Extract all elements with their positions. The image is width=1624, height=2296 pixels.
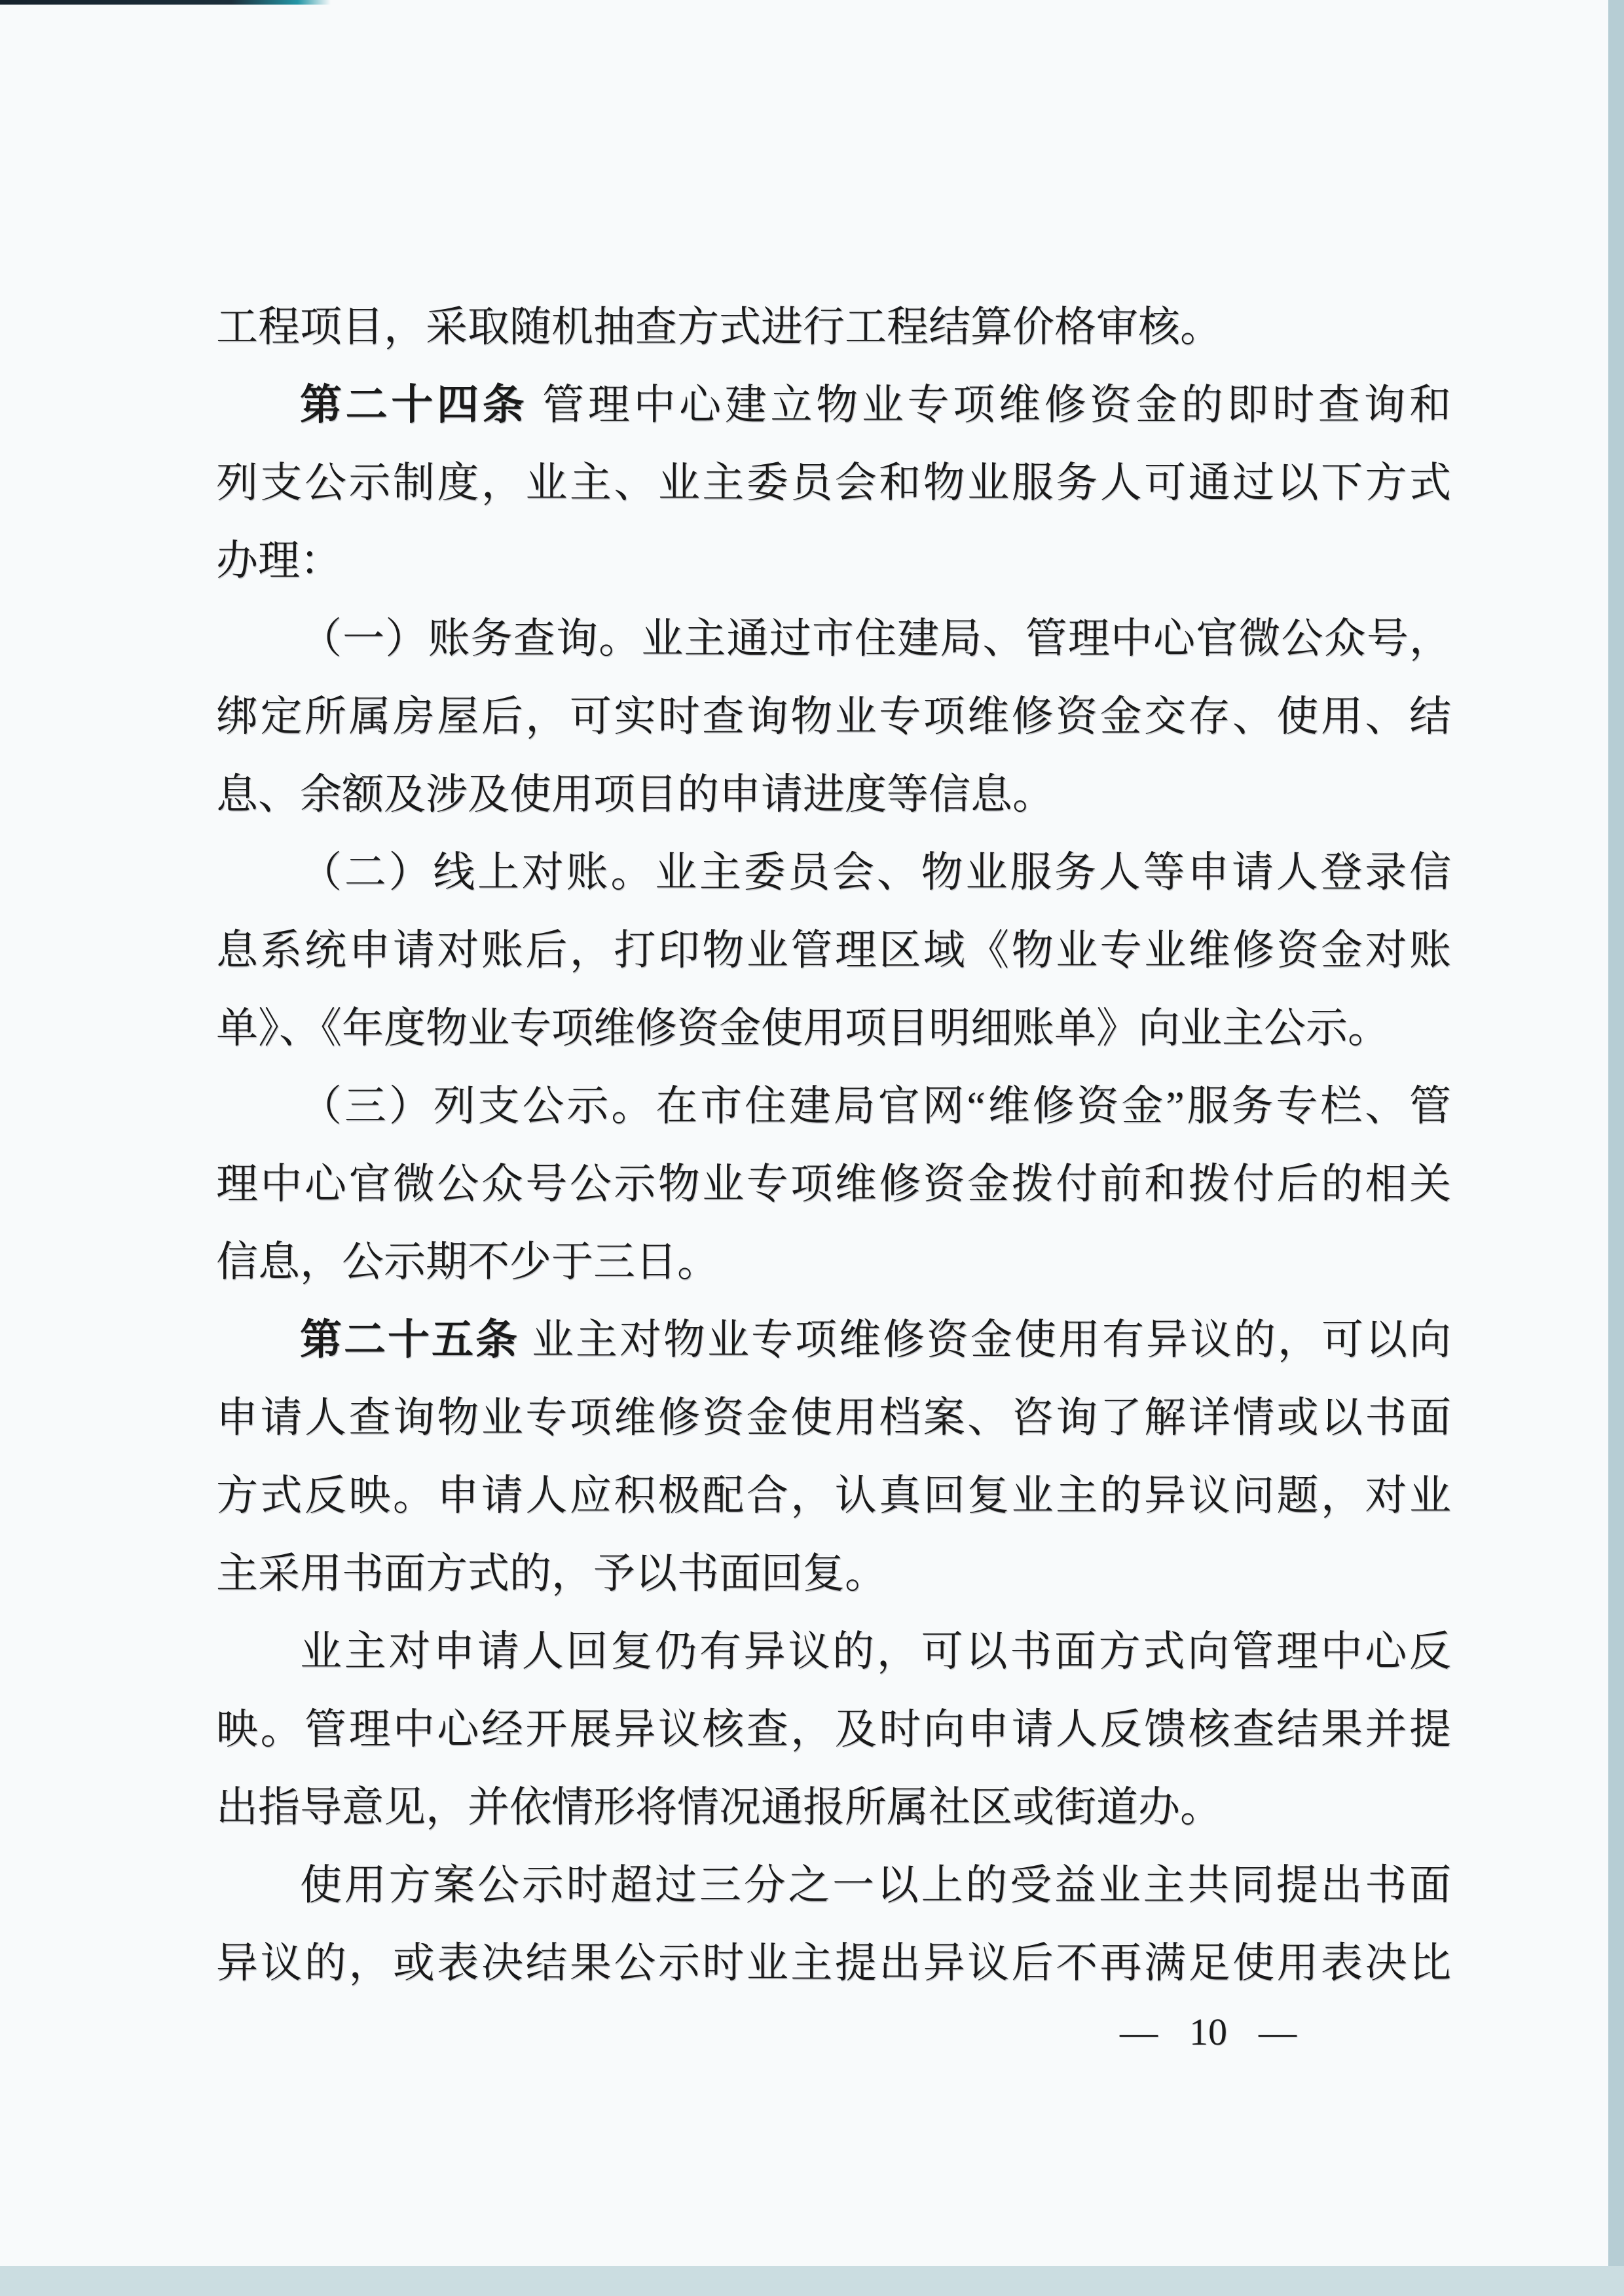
text-segment: 信息，公示期不少于三日。 (216, 1239, 719, 1285)
text-line: （二）线上对账。业主委员会、物业服务人等申请人登录信 (216, 833, 1451, 911)
text-segment: 管理中心建立物业专项维修资金的即时查询和 (528, 382, 1451, 428)
text-segment: 主采用书面方式的，予以书面回复。 (216, 1550, 887, 1597)
text-segment: 方式反映。申请人应积极配合，认真回复业主的异议问题，对业 (216, 1472, 1451, 1519)
text-segment: 工程项目，采取随机抽查方式进行工程结算价格审核。 (216, 304, 1222, 350)
page-number-value: 10 (1189, 2010, 1227, 2054)
text-segment: （一）账务查询。业主通过市住建局、管理中心官微公众号， (300, 615, 1451, 662)
scan-artifact-top-line (0, 0, 331, 5)
text-segment: 理中心官微公众号公示物业专项维修资金拨付前和拨付后的相关 (216, 1161, 1451, 1207)
text-line: 方式反映。申请人应积极配合，认真回复业主的异议问题，对业 (216, 1457, 1451, 1535)
text-line: 列支公示制度，业主、业主委员会和物业服务人可通过以下方式 (216, 444, 1451, 522)
text-segment: 映。管理中心经开展异议核查，及时向申请人反馈核查结果并提 (216, 1706, 1451, 1753)
text-line: 息、余额及涉及使用项目的申请进度等信息。 (216, 756, 1451, 833)
text-line: 映。管理中心经开展异议核查，及时向申请人反馈核查结果并提 (216, 1690, 1451, 1768)
page-number-right-dash: — (1259, 2010, 1297, 2054)
scan-artifact-right-bar (1608, 0, 1624, 2296)
text-segment: 使用方案公示时超过三分之一以上的受益业主共同提出书面 (300, 1862, 1451, 1908)
article-term: 第二十四条 (300, 382, 528, 428)
text-line: （一）账务查询。业主通过市住建局、管理中心官微公众号， (216, 600, 1451, 678)
text-line: 工程项目，采取随机抽查方式进行工程结算价格审核。 (216, 288, 1451, 366)
page-number-left-dash: — (1120, 2010, 1158, 2054)
text-line: 绑定所属房屋后，可实时查询物业专项维修资金交存、使用、结 (216, 678, 1451, 756)
document-body: 工程项目，采取随机抽查方式进行工程结算价格审核。第二十四条 管理中心建立物业专项… (216, 288, 1451, 2002)
text-line: 办理： (216, 522, 1451, 600)
text-segment: 息系统申请对账后，打印物业管理区域《物业专业维修资金对账 (216, 927, 1451, 974)
text-line: 信息，公示期不少于三日。 (216, 1223, 1451, 1301)
text-line: 异议的，或表决结果公示时业主提出异议后不再满足使用表决比 (216, 1924, 1451, 2002)
text-segment: 业主对申请人回复仍有异议的，可以书面方式向管理中心反 (300, 1628, 1451, 1675)
text-segment: 异议的，或表决结果公示时业主提出异议后不再满足使用表决比 (216, 1940, 1451, 1986)
text-segment: 单》、《年度物业专项维修资金使用项目明细账单》向业主公示。 (216, 1005, 1390, 1051)
article-term: 第二十五条 (300, 1317, 519, 1363)
text-line: 申请人查询物业专项维修资金使用档案、咨询了解详情或以书面 (216, 1379, 1451, 1457)
text-segment: 息、余额及涉及使用项目的申请进度等信息。 (216, 771, 1054, 818)
text-segment: （三）列支公示。在市住建局官网“维修资金”服务专栏、管 (300, 1083, 1451, 1129)
text-line: 单》、《年度物业专项维修资金使用项目明细账单》向业主公示。 (216, 989, 1451, 1067)
text-line: 主采用书面方式的，予以书面回复。 (216, 1535, 1451, 1613)
scan-artifact-bottom-bar (0, 2266, 1624, 2296)
text-segment: 出指导意见，并依情形将情况通报所属社区或街道办。 (216, 1784, 1222, 1831)
text-line: 出指导意见，并依情形将情况通报所属社区或街道办。 (216, 1768, 1451, 1846)
text-segment: 业主对物业专项维修资金使用有异议的，可以向 (519, 1317, 1451, 1363)
text-line: 第二十五条 业主对物业专项维修资金使用有异议的，可以向 (216, 1301, 1451, 1379)
text-segment: （二）线上对账。业主委员会、物业服务人等申请人登录信 (300, 849, 1451, 896)
scan-page: 工程项目，采取随机抽查方式进行工程结算价格审核。第二十四条 管理中心建立物业专项… (0, 0, 1624, 2296)
text-segment: 办理： (216, 538, 342, 584)
text-line: 使用方案公示时超过三分之一以上的受益业主共同提出书面 (216, 1846, 1451, 1924)
text-line: 息系统申请对账后，打印物业管理区域《物业专业维修资金对账 (216, 911, 1451, 989)
text-segment: 列支公示制度，业主、业主委员会和物业服务人可通过以下方式 (216, 460, 1451, 506)
text-line: （三）列支公示。在市住建局官网“维修资金”服务专栏、管 (216, 1067, 1451, 1145)
text-line: 理中心官微公众号公示物业专项维修资金拨付前和拨付后的相关 (216, 1145, 1451, 1223)
page-number: — 10 — (1120, 2002, 1297, 2061)
text-line: 第二十四条 管理中心建立物业专项维修资金的即时查询和 (216, 366, 1451, 444)
text-line: 业主对申请人回复仍有异议的，可以书面方式向管理中心反 (216, 1613, 1451, 1690)
text-segment: 申请人查询物业专项维修资金使用档案、咨询了解详情或以书面 (216, 1394, 1451, 1441)
text-segment: 绑定所属房屋后，可实时查询物业专项维修资金交存、使用、结 (216, 693, 1451, 740)
